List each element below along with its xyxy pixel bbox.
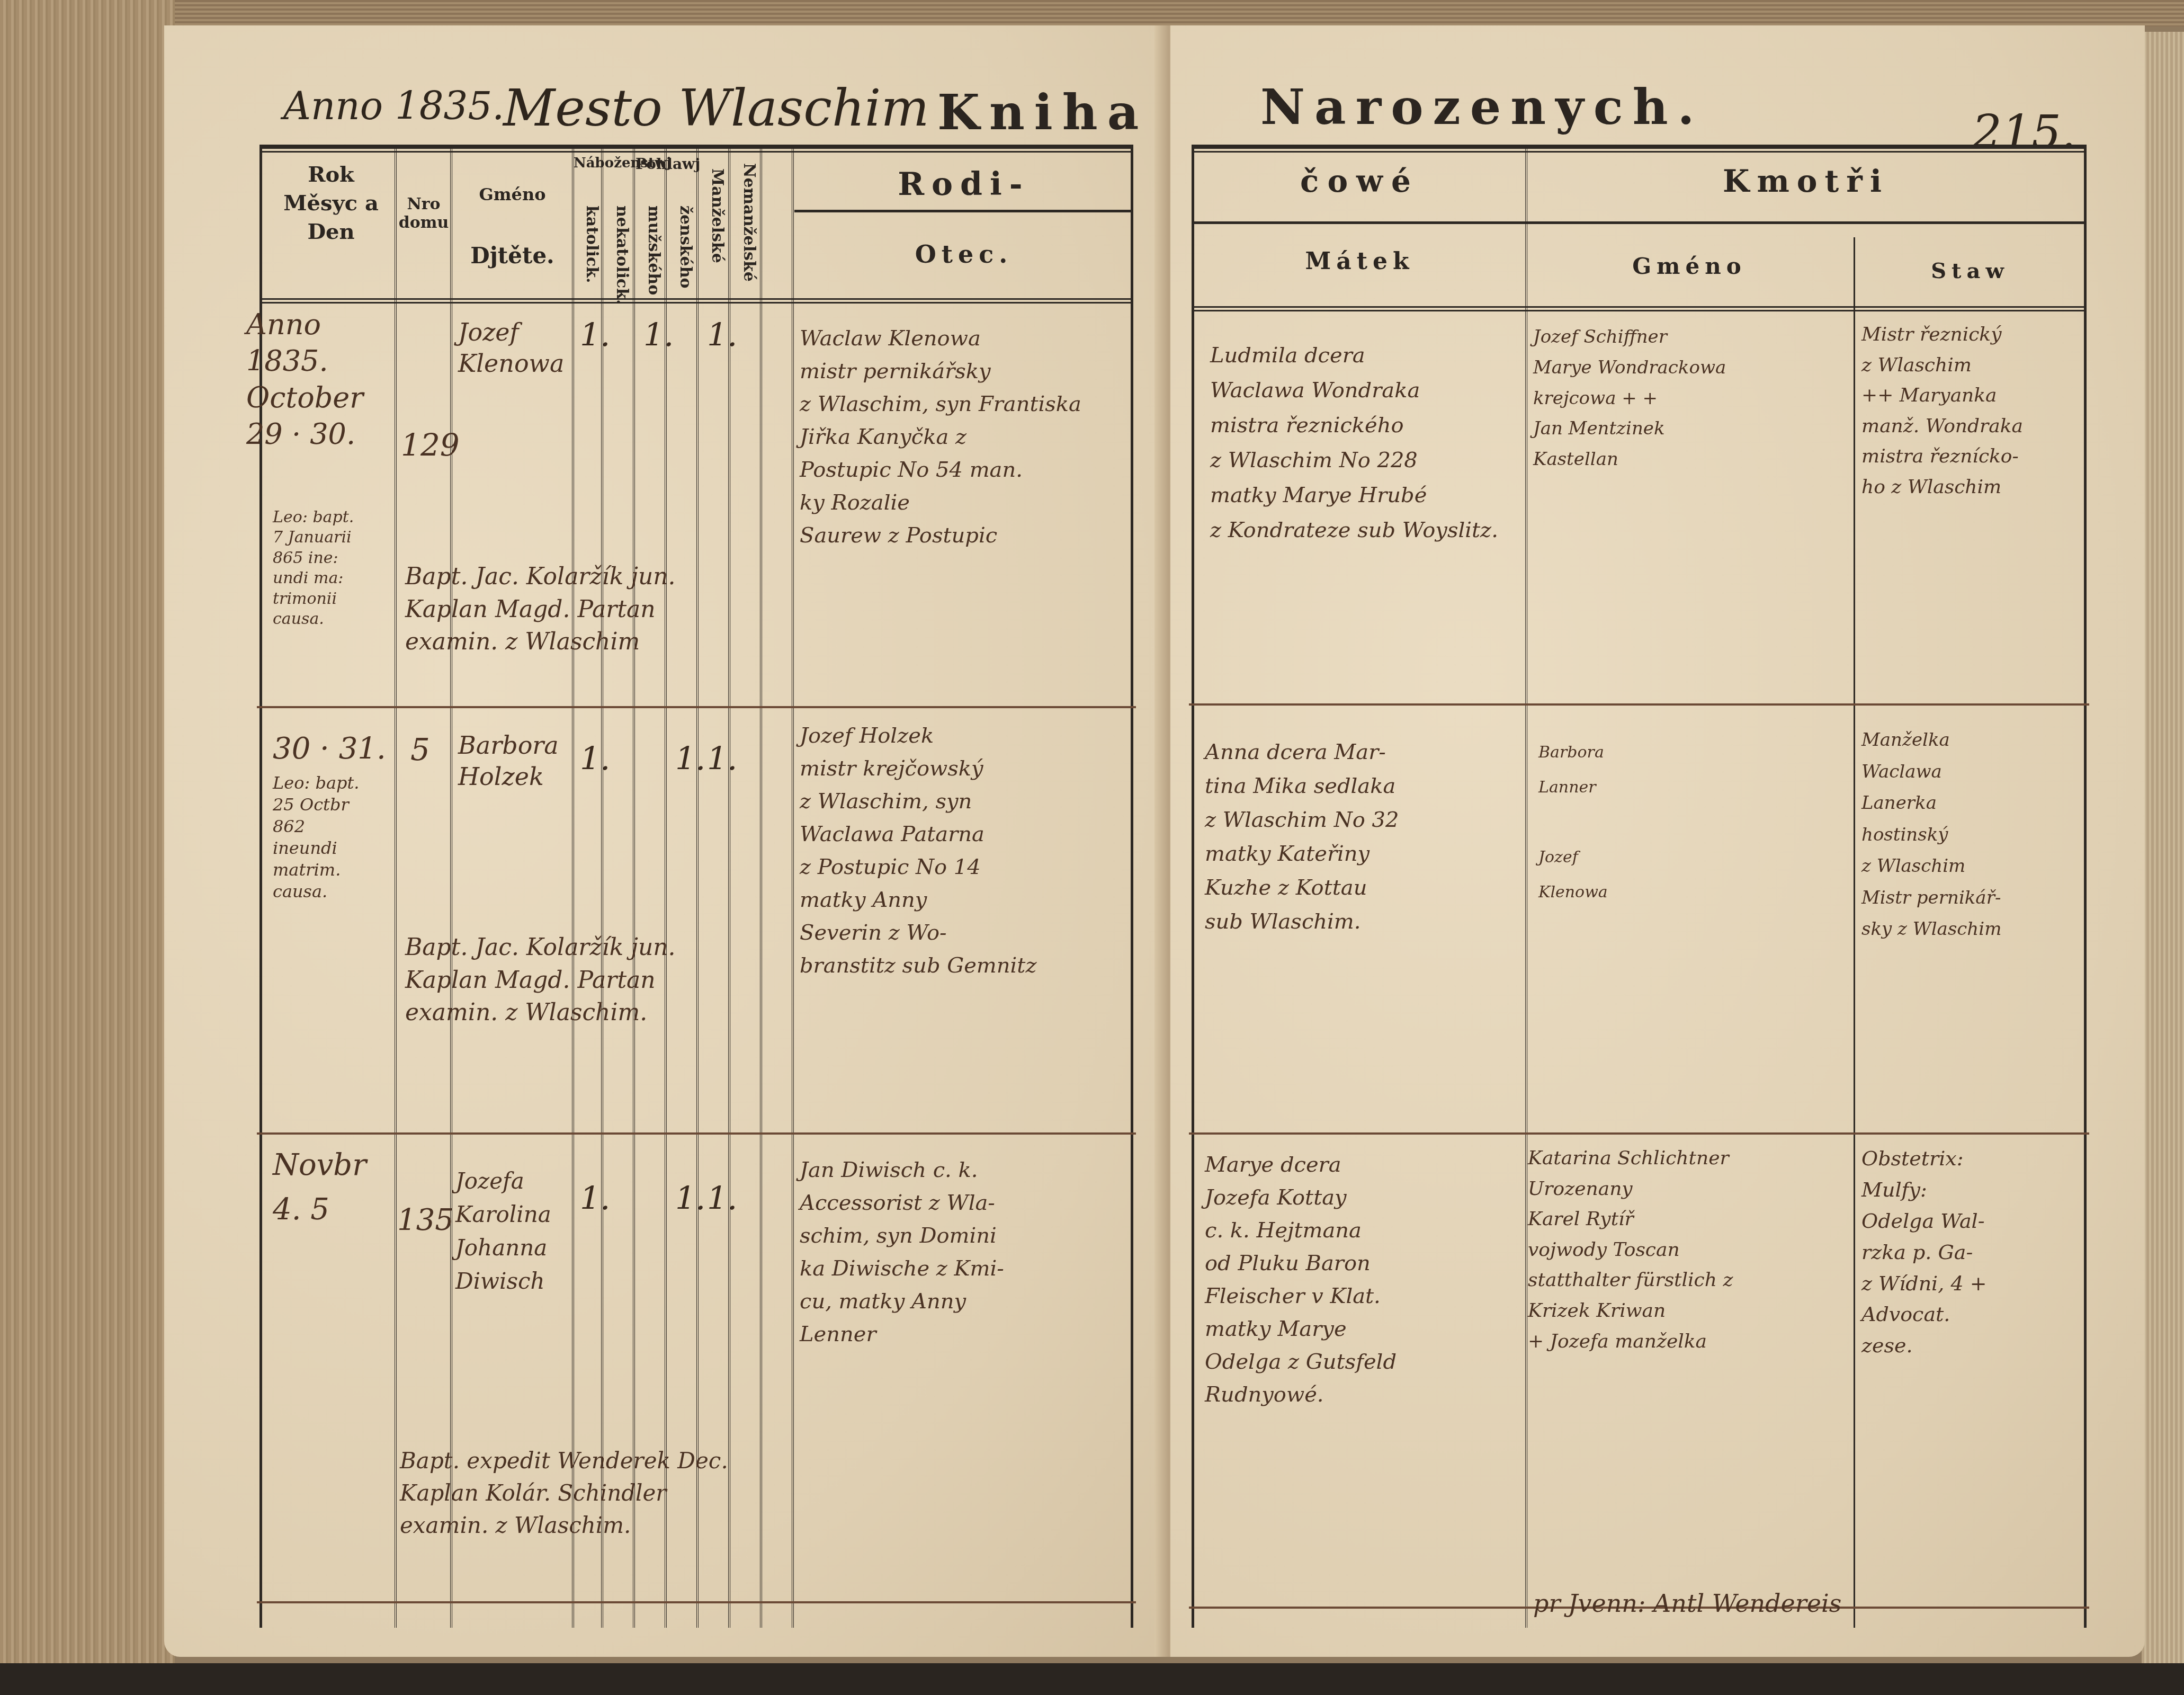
entry-2-katolicke: 1. [580,741,610,778]
entry-2-zenskeho: 1. [675,741,705,778]
header-muzskeho: mužského [645,206,663,295]
entry-3-zenskeho: 1. [675,1180,705,1217]
entry-3-mother: Marye dcera Jozefa Kottay c. k. Hejtmana… [1205,1148,1523,1411]
header-jmeno-top: Gméno [453,184,572,204]
header-zenskeho: ženského [676,206,695,289]
entry-2-date-note: Leo: bapt. 25 Octbr 862 ineundi matrim. … [273,772,395,903]
entry-2-father: Jozef Holzek mistr krejčowský z Wlaschim… [800,719,1133,982]
left-page: Anno 1835. Mesto Wlaschim Kniha Rok Měsy… [164,25,1170,1657]
entry-2-manzelske: 1. [707,741,737,778]
entry-1-house-no: 129 [401,425,460,465]
header-rok-mesyc-den: Rok Měsyc a Den [273,160,389,246]
entry-1-muzskeho: 1. [643,317,674,354]
entry-1-child-name: Jozef Klenowa [458,317,575,379]
right-page: Narozenych. 215. čowé Kmotři Mátek Gméno… [1170,25,2145,1657]
book-scan: Anno 1835. Mesto Wlaschim Kniha Rok Měsy… [0,0,2184,1663]
header-manzelske: Manželské [708,168,727,263]
entry-3-father: Jan Diwisch c. k. Accessorist z Wla- sch… [800,1154,1133,1351]
footer-note: pr Jvenn: Antl Wendereis [1533,1588,2095,1619]
entry-2-child-name: Barbora Holzek [458,730,575,792]
book-title-part2: Narozenych. [1260,78,1704,136]
entry-3-date: Novbr 4. 5 [273,1143,366,1232]
entry-3-child-name: Jozefa Karolina Johanna Diwisch [455,1164,577,1298]
entry-1-manzelske: 1. [707,317,737,354]
page-edges-right [2142,32,2184,1663]
year-label: Anno 1835. [283,84,504,128]
entry-1-father: Waclaw Klenowa mistr pernikářsky z Wlasc… [800,322,1133,552]
entry-3-godparent-status: Obstetrix: Mulfy: Odelga Wal- rzka p. Ga… [1861,1143,2089,1361]
entry-3-house-no: 135 [397,1201,454,1239]
book-title-part1: Kniha [937,84,1148,141]
entry-3-manzelske: 1. [707,1180,737,1217]
entry-1-katolicke: 1. [580,317,610,354]
header-nekatolicke: nekatolick. [613,206,631,305]
entry-2-mother: Anna dcera Mar- tina Mika sedlaka z Wlas… [1205,735,1523,939]
entry-2-date: 30 · 31. [273,730,386,768]
header-nabozenstwi: Náboženstwj [574,155,632,171]
entry-1-godparent-status: Mistr řeznický z Wlaschim ++ Maryanka ma… [1861,319,2089,503]
header-kmotri: Kmotři [1525,163,2087,199]
entry-1-date: Anno 1835. October 29 · 30. [246,306,405,452]
entry-3-godparent-name: Katarina Schlichtner Urozenany Karel Ryt… [1528,1143,1856,1357]
entry-1-godparent-name: Jozef Schiffner Marye Wondrackowa krejco… [1533,322,1851,475]
entry-3-katolicke: 1. [580,1180,610,1217]
header-cislo-domu: Nro domu [397,195,450,232]
entry-2-godparent-name: Barbora Lanner Jozef Klenowa [1538,735,1697,910]
page-edges-left [0,0,175,1663]
header-katolicke: katolick. [583,206,601,283]
header-matka: Mátek [1194,248,1525,275]
header-jmeno-bottom: Djtěte. [453,243,572,269]
header-otec: Otec. [794,240,1133,269]
entry-2-godparent-status: Manželka Waclawa Lanerka hostinský z Wla… [1861,725,2089,945]
header-kmotri-staw: Staw [1854,258,2087,283]
place-label: Mesto Wlaschim [503,78,929,138]
header-pohlawi: Pohlawj [635,155,694,173]
entry-2-baptism-note: Bapt. Jac. Kolaržík jun. Kaplan Magd. Pa… [405,931,808,1029]
entry-3-baptism-note: Bapt. expedit Wenderek Dec. Kaplan Kolár… [400,1445,824,1542]
register-table-right: čowé Kmotři Mátek Gméno Staw Ludmila dce… [1192,145,2087,1628]
entry-2-house-no: 5 [410,730,430,769]
entry-1-date-note: Leo: bapt. 7 Januarii 865 ine: undi ma: … [273,507,395,629]
header-nemanzelske: Nemanželské [740,163,758,282]
entry-1-baptism-note: Bapt. Jac. Kolaržík jun. Kaplan Magd. Pa… [405,560,808,658]
entry-1-mother: Ludmila dcera Waclawa Wondraka mistra ře… [1210,338,1528,548]
register-table-left: Rok Měsyc a Den Nro domu Gméno Djtěte. N… [259,145,1133,1628]
header-kmotri-jmeno: Gméno [1525,253,1854,279]
page-edges-top [0,0,2184,26]
header-rodicowe-left: Rodi- [794,166,1133,203]
header-rodicowe-right: čowé [1194,163,1525,199]
